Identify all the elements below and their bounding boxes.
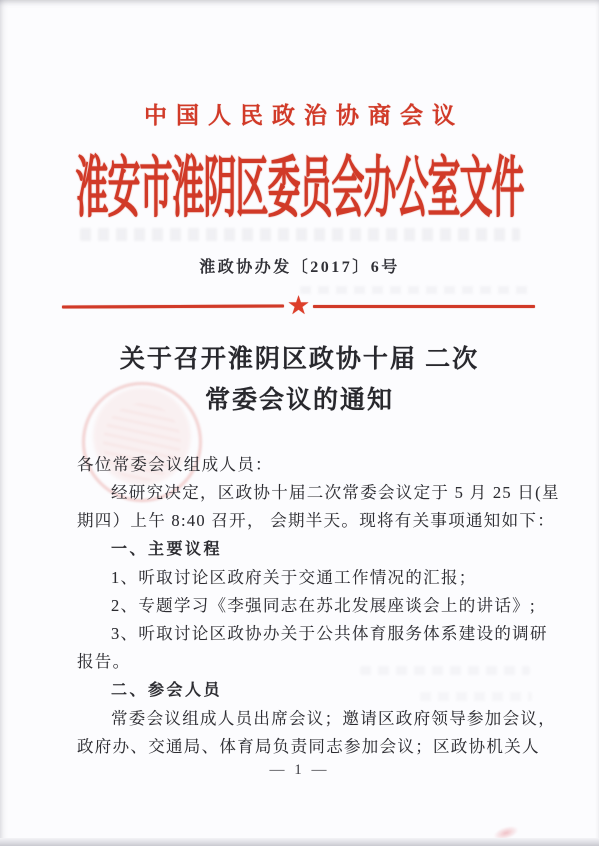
letterhead-divider: ★ (62, 292, 535, 320)
notice-title: 关于召开淮阴区政协十届 二次 常委会议的通知 (0, 339, 599, 421)
body-line: 2、专题学习《李强同志在苏北发展座谈会上的讲话》; (77, 592, 537, 620)
body-line: 经研究决定，区政协十届二次常委会议定于 5 月 25 日(星 (77, 479, 537, 507)
body-line: 各位常委会议组成人员： (77, 451, 537, 479)
body-line: 期四）上午 8:40 召开， 会期半天。现将有关事项通知如下： (77, 507, 537, 535)
page-number: — 1 — (0, 762, 599, 779)
letterhead-org-name: 中国人民政治协商会议 (0, 97, 599, 130)
body-line: 3、听取讨论区政协办关于公共体育服务体系建设的调研 (77, 620, 537, 648)
divider-line-left (62, 304, 284, 308)
document-body: 各位常委会议组成人员：经研究决定，区政协十届二次常委会议定于 5 月 25 日(… (77, 451, 537, 761)
divider-line-right (313, 305, 535, 308)
body-line: 一、主要议程 (77, 536, 537, 564)
body-line: 政府办、交通局、体育局负责同志参加会议；区政协机关人 (77, 733, 537, 761)
scanned-document-page: 中国人民政治协商会议 淮安市淮阴区委员会办公室文件 淮政协办发〔2017〕6号 … (0, 0, 599, 846)
star-icon: ★ (287, 293, 310, 319)
letterhead-file-title: 淮安市淮阴区委员会办公室文件 (0, 136, 599, 231)
body-line: 常委会议组成人员出席会议；邀请区政府领导参加会议， (77, 705, 537, 733)
scan-bottom-edge (0, 838, 599, 846)
body-line: 二、参会人员 (77, 677, 537, 705)
document-number: 淮政协办发〔2017〕6号 (0, 254, 599, 277)
body-line: 1、听取讨论区政府关于交通工作情况的汇报； (77, 564, 537, 592)
body-line: 报告。 (77, 648, 537, 676)
notice-title-line1: 关于召开淮阴区政协十届 二次 (0, 339, 599, 380)
